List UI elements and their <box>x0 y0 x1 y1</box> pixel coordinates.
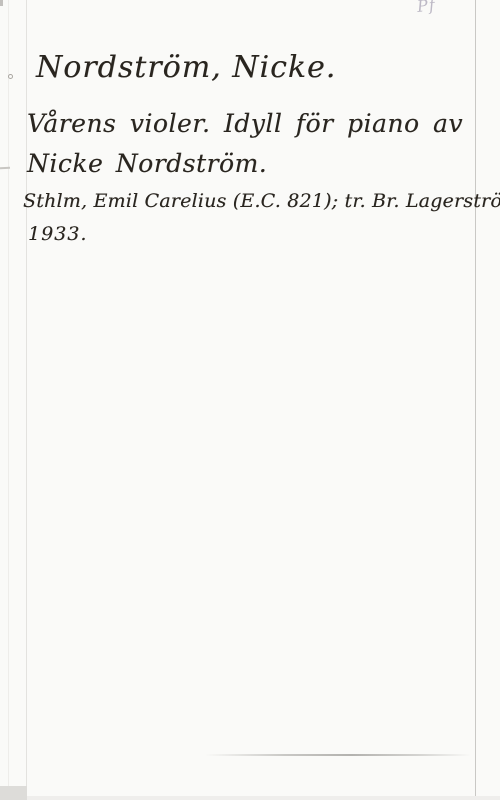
bottom-partial-rule <box>205 754 471 756</box>
right-margin-rule <box>475 0 476 800</box>
top-left-scan-speck <box>0 0 3 6</box>
card-title-line-1: Vårens violer. Idyll för piano av <box>27 109 463 138</box>
bottom-left-scan-shade <box>0 786 27 800</box>
card-title-line-2: Nicke Nordström. <box>27 149 267 178</box>
left-edge-line <box>8 0 9 800</box>
scanned-catalog-card: Pf Nordström, Nicke. Vårens violer. Idyl… <box>0 0 500 800</box>
card-heading-author: Nordström, Nicke. <box>36 50 336 85</box>
pencil-shelfmark-note: Pf <box>416 0 437 16</box>
card-imprint-year: 1933. <box>28 223 87 245</box>
margin-circle-mark <box>8 74 13 79</box>
card-imprint-line: Sthlm, Emil Carelius (E.C. 821); tr. Br.… <box>23 190 500 212</box>
bottom-edge-shade <box>27 796 500 800</box>
